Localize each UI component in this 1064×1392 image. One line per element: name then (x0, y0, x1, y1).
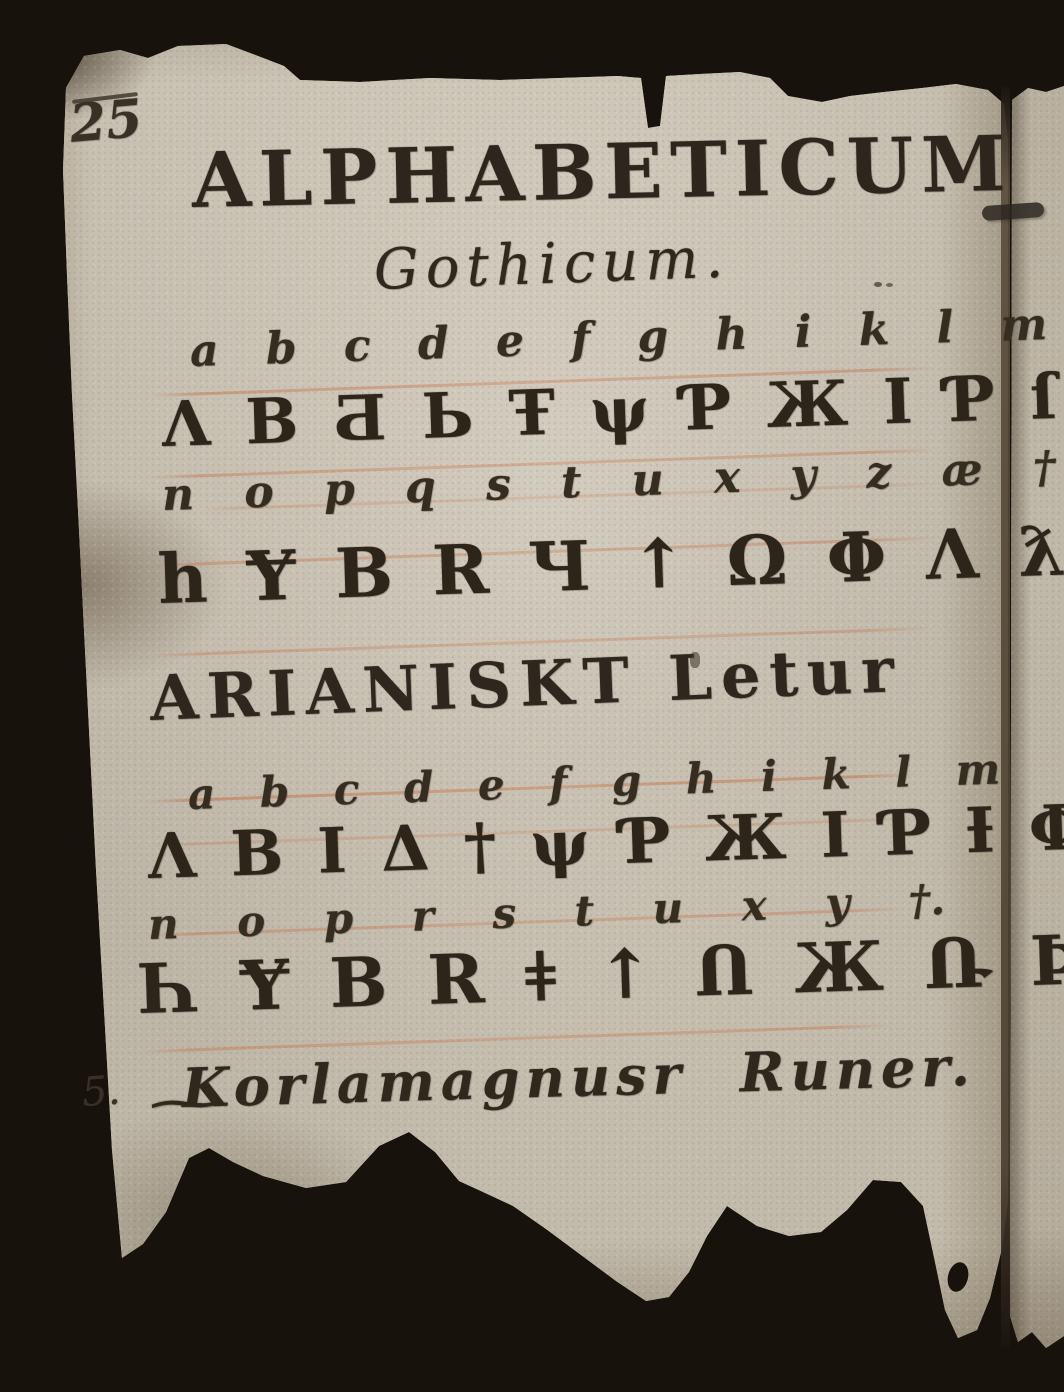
binding-gutter (1001, 86, 1010, 1348)
ink-speck (874, 282, 882, 287)
ink-speck (886, 283, 893, 287)
margin-mark: 5. (80, 1067, 121, 1116)
folio-number: 25 (67, 88, 144, 155)
title-alphabeticum: ALPHABETICUM (191, 119, 1014, 225)
manuscript-photo: 25 ALPHABETICUM Gothicum. a b c d e f g … (0, 0, 1064, 1392)
title-gothicum: Gothicum. (373, 226, 731, 303)
ink-speck (690, 652, 700, 668)
